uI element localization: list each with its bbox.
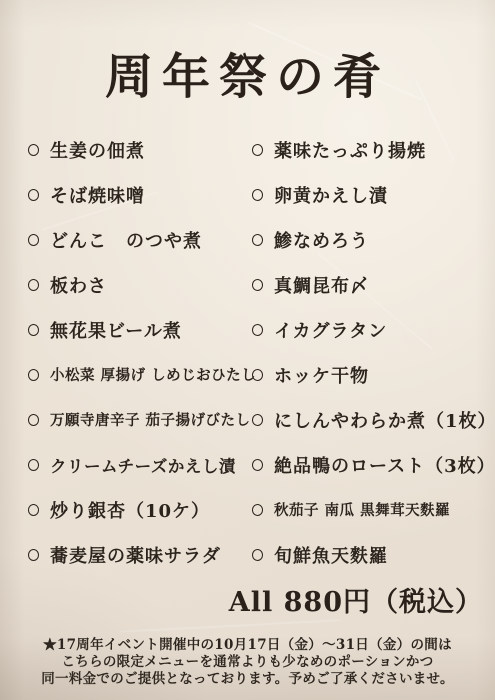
menu-item: にしんやわらか煮（1枚） — [252, 397, 495, 442]
menu-item-label: 鯵なめろう — [274, 227, 369, 253]
circle-bullet-icon — [252, 549, 263, 561]
menu-item: 生姜の佃煮 — [28, 127, 256, 172]
menu-item: 真鯛昆布〆 — [252, 262, 495, 307]
circle-bullet-icon — [28, 549, 39, 561]
menu-item-label: にしんやわらか煮（1枚） — [274, 407, 495, 433]
circle-bullet-icon — [252, 234, 263, 246]
menu-item-label: 小松菜 厚揚げ しめじおひたし — [50, 364, 256, 385]
menu-item-label: 炒り銀杏（10ケ） — [50, 497, 210, 523]
circle-bullet-icon — [252, 369, 263, 381]
circle-bullet-icon — [28, 144, 39, 156]
circle-bullet-icon — [28, 279, 39, 291]
menu-item-label: 薬味たっぷり揚焼 — [274, 137, 426, 163]
menu-item: 薬味たっぷり揚焼 — [252, 127, 495, 172]
menu-item: 小松菜 厚揚げ しめじおひたし — [28, 352, 256, 397]
menu-item: 万願寺唐辛子 茄子揚げびたし — [28, 397, 256, 442]
footer-note: ★17周年イベント開催中の10月17日（金）～31日（金）の間は こちらの限定メ… — [0, 637, 495, 688]
menu-item: イカグラタン — [252, 307, 495, 352]
page-title: 周年祭の肴 — [0, 38, 495, 107]
menu-item: クリームチーズかえし漬 — [28, 442, 256, 487]
circle-bullet-icon — [28, 414, 39, 426]
menu-item-label: クリームチーズかえし漬 — [50, 453, 236, 477]
menu-paper: 周年祭の肴 生姜の佃煮 そば焼味噌 どんこ のつや煮 板わさ 無花果ビール煮 小… — [0, 0, 495, 700]
menu-column-right: 薬味たっぷり揚焼 卵黄かえし漬 鯵なめろう 真鯛昆布〆 イカグラタン ホッケ干物… — [252, 127, 495, 577]
menu-item: 鯵なめろう — [252, 217, 495, 262]
menu-item-label: 生姜の佃煮 — [50, 137, 145, 163]
paper-fiber-texture — [120, 619, 340, 633]
menu-item-label: 万願寺唐辛子 茄子揚げびたし — [50, 409, 251, 430]
menu-item-label: どんこ のつや煮 — [50, 227, 202, 253]
price-note: All 880円（税込） — [229, 580, 483, 619]
menu-item: 絶品鴨のロースト（3枚） — [252, 442, 495, 487]
menu-item-label: ホッケ干物 — [274, 362, 369, 388]
circle-bullet-icon — [252, 504, 263, 516]
circle-bullet-icon — [28, 504, 39, 516]
menu-item-label: 蕎麦屋の薬味サラダ — [50, 542, 221, 568]
circle-bullet-icon — [28, 234, 39, 246]
menu-item-label: 板わさ — [50, 272, 107, 298]
circle-bullet-icon — [252, 189, 263, 201]
circle-bullet-icon — [252, 324, 263, 336]
menu-item-label: 旬鮮魚天麩羅 — [274, 542, 388, 568]
circle-bullet-icon — [28, 369, 39, 381]
menu-item-label: 秋茄子 南瓜 黒舞茸天麩羅 — [274, 499, 450, 520]
footer-note-line: ★17周年イベント開催中の10月17日（金）～31日（金）の間は — [0, 637, 495, 654]
menu-item: 卵黄かえし漬 — [252, 172, 495, 217]
footer-note-line: こちらの限定メニューを通常よりも少なめのポーションかつ — [0, 654, 495, 671]
menu-item-label: 絶品鴨のロースト（3枚） — [274, 452, 495, 478]
circle-bullet-icon — [28, 324, 39, 336]
menu-item-label: そば焼味噌 — [50, 182, 145, 208]
menu-item-label: 卵黄かえし漬 — [274, 182, 388, 208]
menu-item: どんこ のつや煮 — [28, 217, 256, 262]
menu-column-left: 生姜の佃煮 そば焼味噌 どんこ のつや煮 板わさ 無花果ビール煮 小松菜 厚揚げ… — [28, 127, 256, 577]
circle-bullet-icon — [252, 414, 263, 426]
footer-note-line: 同一料金でのご提供となっております。予めご了承くださいませ。 — [0, 671, 495, 688]
menu-item: 旬鮮魚天麩羅 — [252, 532, 495, 577]
menu-item-label: 真鯛昆布〆 — [274, 272, 369, 298]
menu-item-label: イカグラタン — [274, 317, 387, 343]
menu-item: 秋茄子 南瓜 黒舞茸天麩羅 — [252, 487, 495, 532]
circle-bullet-icon — [28, 189, 39, 201]
circle-bullet-icon — [252, 144, 263, 156]
circle-bullet-icon — [28, 459, 39, 471]
menu-item: 蕎麦屋の薬味サラダ — [28, 532, 256, 577]
circle-bullet-icon — [252, 459, 263, 471]
menu-item-label: 無花果ビール煮 — [50, 317, 182, 343]
circle-bullet-icon — [252, 279, 263, 291]
menu-item: そば焼味噌 — [28, 172, 256, 217]
menu-item: 無花果ビール煮 — [28, 307, 256, 352]
menu-item: ホッケ干物 — [252, 352, 495, 397]
menu-item: 炒り銀杏（10ケ） — [28, 487, 256, 532]
menu-item: 板わさ — [28, 262, 256, 307]
